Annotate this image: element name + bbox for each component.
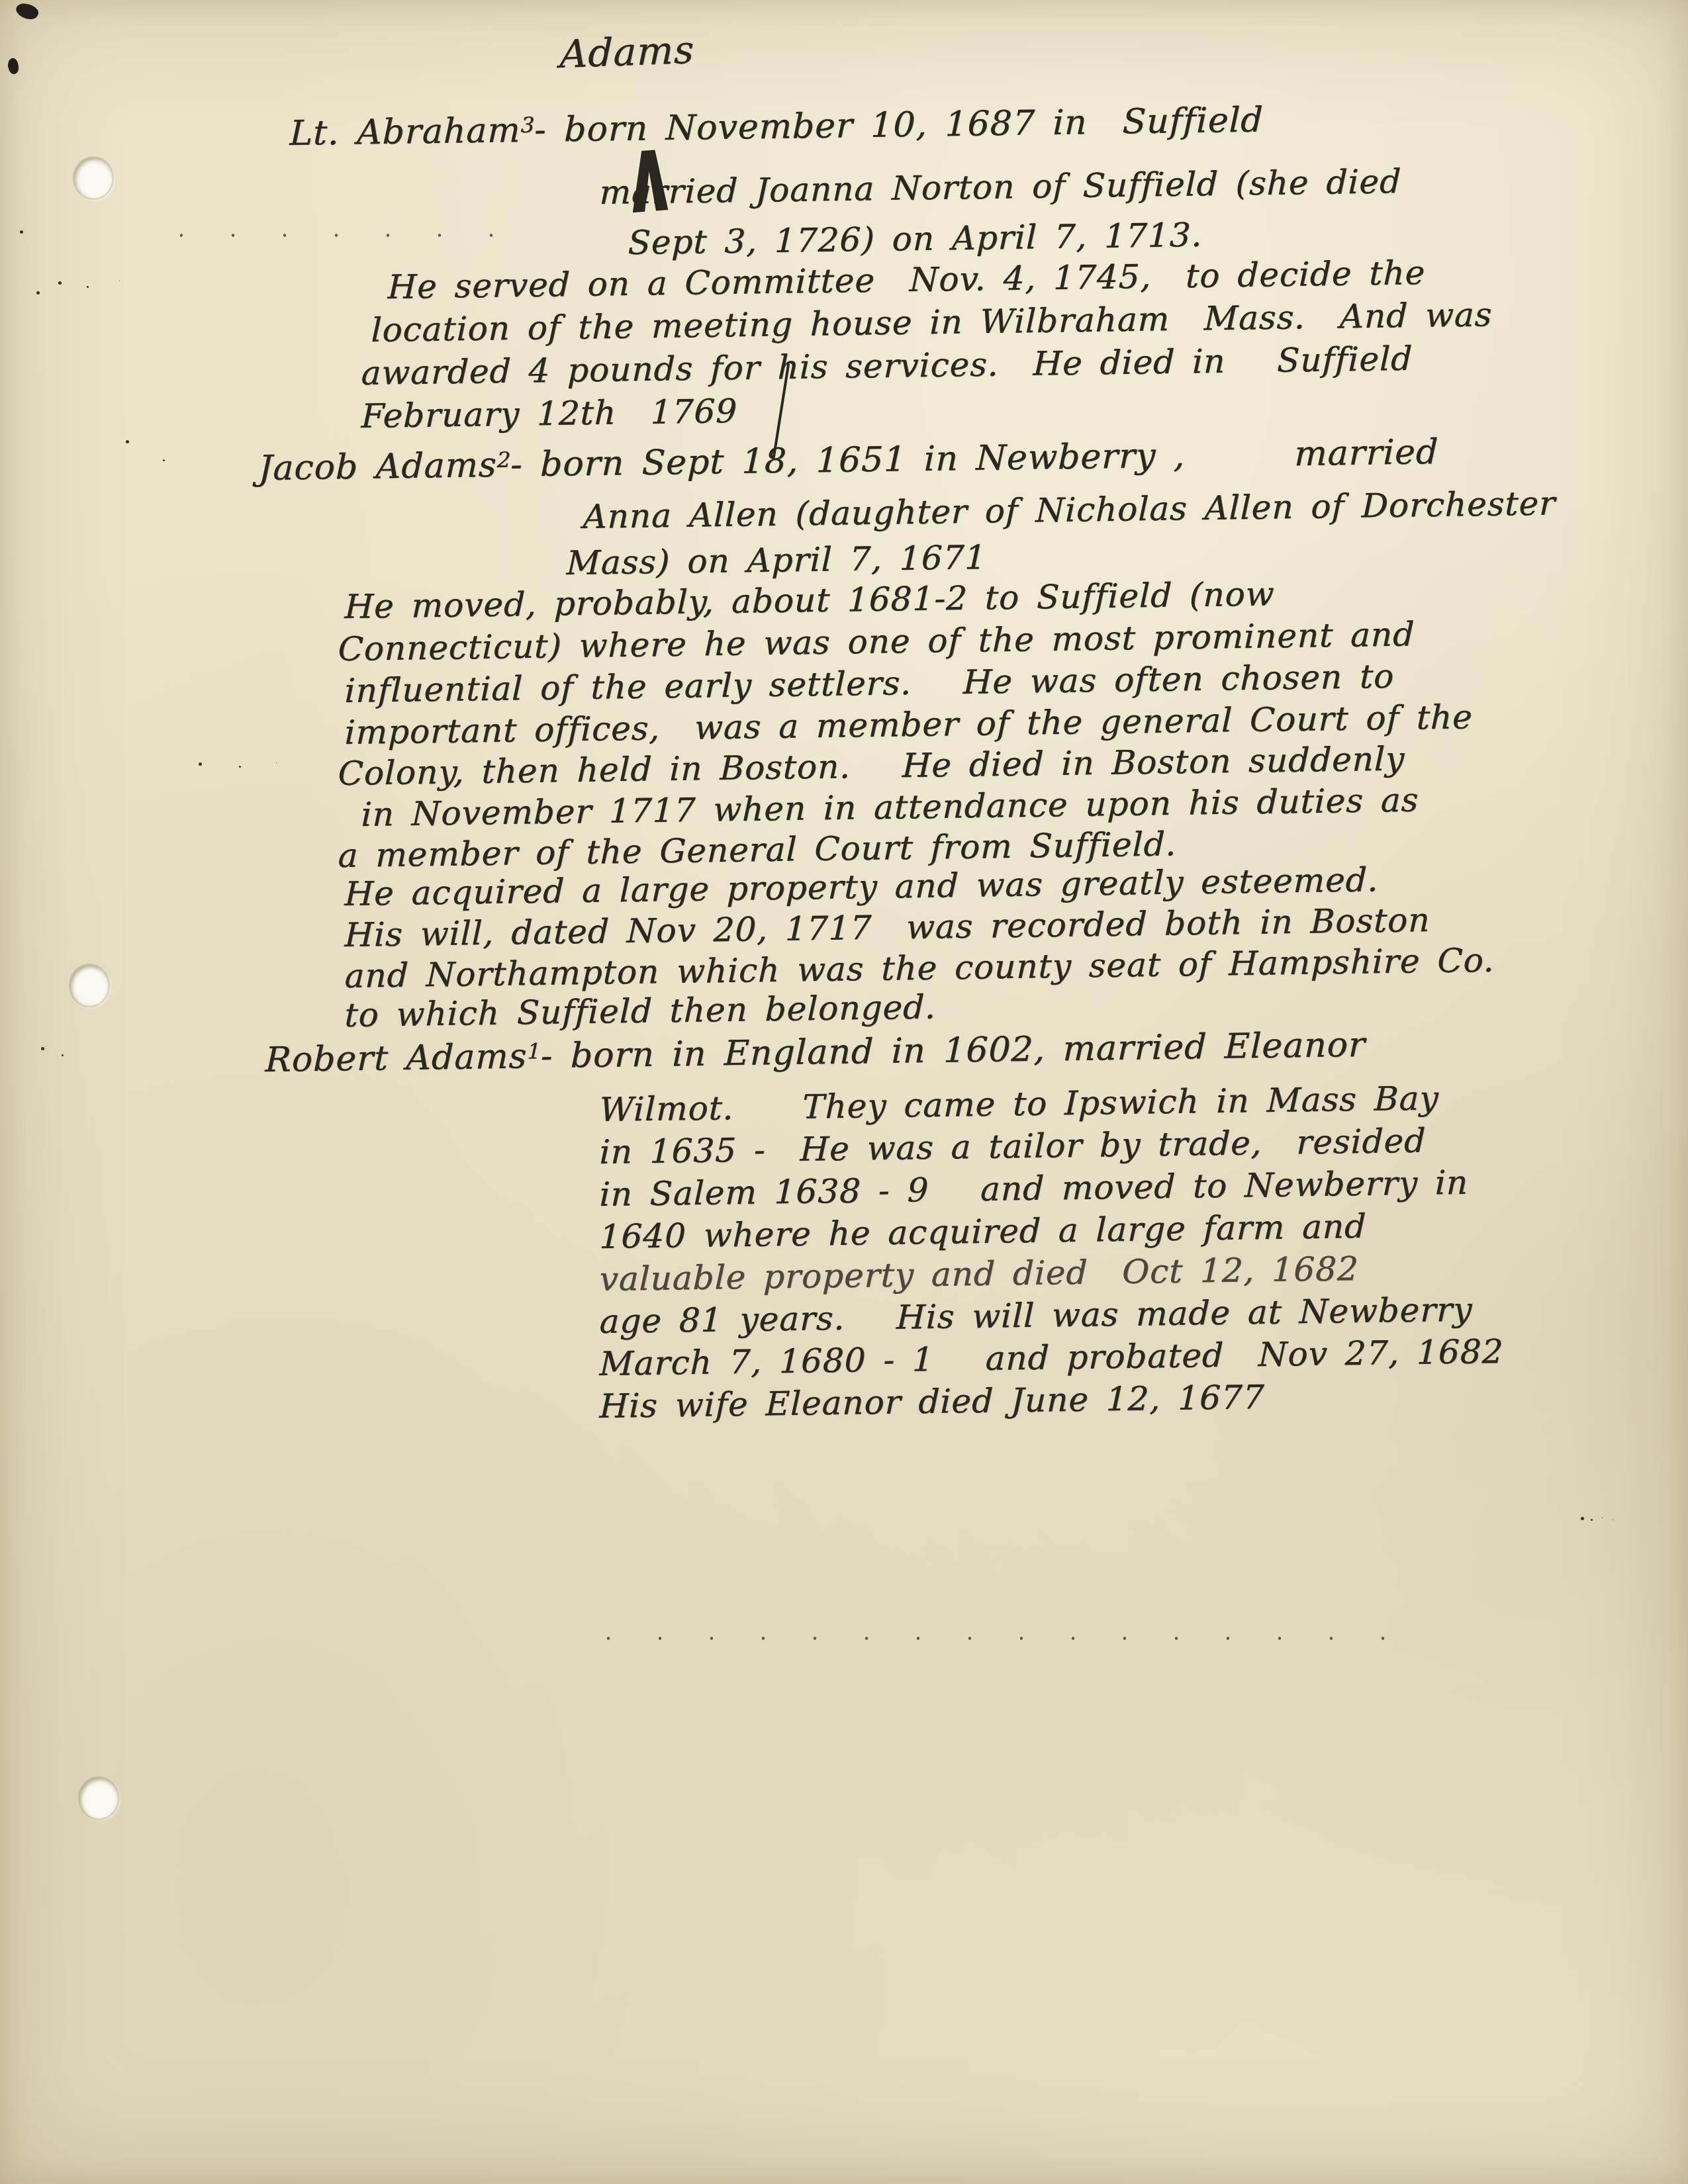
ink-speck-row <box>156 233 500 238</box>
ink-speck <box>199 762 202 766</box>
handwriting-gap <box>1185 465 1294 467</box>
page-heading-adams: Adams <box>559 27 694 77</box>
entry-heading-jacob: Jacob Adams2- born Sept 18, 1651 in Newb… <box>258 432 1439 488</box>
person-name: Jacob Adams <box>258 445 497 488</box>
handwriting-line: 1640 where he acquired a large farm and <box>599 1207 1367 1256</box>
entry-intro: - born Sept 18, 1651 in Newberry , <box>510 435 1186 484</box>
entry-tail: married <box>1294 432 1439 474</box>
generation-superscript: 3 <box>520 113 534 138</box>
ink-speck <box>36 291 40 295</box>
handwriting-line: February 12th 1769 <box>361 392 738 435</box>
person-name: Robert Adams <box>265 1036 528 1080</box>
generation-superscript: 2 <box>496 447 510 473</box>
handwriting-line: in Salem 1638 - 9 and moved to Newberry … <box>599 1163 1469 1214</box>
ink-speck <box>20 230 23 234</box>
ink-speck-row <box>583 1636 1410 1641</box>
handwriting-line: valuable property and died Oct 12, 1682 <box>599 1250 1359 1298</box>
ink-blot <box>14 0 40 23</box>
ink-speck <box>126 440 129 443</box>
ink-blot <box>6 57 21 75</box>
punch-hole-bottom <box>79 1778 118 1819</box>
ink-speck <box>1581 1517 1584 1520</box>
entry-intro: - born in England in 1602, married Elean… <box>540 1025 1366 1076</box>
handwriting-line: Anna Allen (daughter of Nicholas Allen o… <box>583 484 1556 536</box>
punch-hole-top <box>74 158 113 199</box>
ink-speck <box>58 281 62 285</box>
handwriting-line: Mass) on April 7, 1671 <box>566 538 987 582</box>
handwriting-line: age 81 years. His will was made at Newbe… <box>599 1291 1473 1341</box>
entry-heading-robert: Robert Adams1- born in England in 1602, … <box>265 1025 1366 1080</box>
entry-heading-abraham: Lt. Abraham3- born November 10, 1687 in … <box>289 100 1264 154</box>
handwriting-line: married Joanna Norton of Suffield (she d… <box>599 162 1402 212</box>
generation-superscript: 1 <box>527 1038 541 1064</box>
scanned-document-page: Adams ∧ Lt. Abraham3- born November 10, … <box>0 0 1688 2184</box>
ink-speck <box>41 1047 44 1050</box>
handwriting-line: Wilmot. They came to Ipswich in Mass Bay <box>599 1079 1439 1129</box>
punch-hole-middle <box>70 965 109 1006</box>
handwriting-line: His wife Eleanor died June 12, 1677 <box>599 1378 1265 1426</box>
handwriting-line: in 1635 - He was a tailor by trade, resi… <box>599 1122 1427 1171</box>
person-name: Lt. Abraham <box>289 111 521 154</box>
handwriting-line: March 7, 1680 - 1 and probated Nov 27, 1… <box>599 1332 1504 1383</box>
handwriting-line: to which Suffield then belonged. <box>344 988 937 1034</box>
handwriting-line: Sept 3, 1726) on April 7, 1713. <box>628 216 1203 262</box>
entry-intro: - born November 10, 1687 in Suffield <box>534 100 1264 150</box>
